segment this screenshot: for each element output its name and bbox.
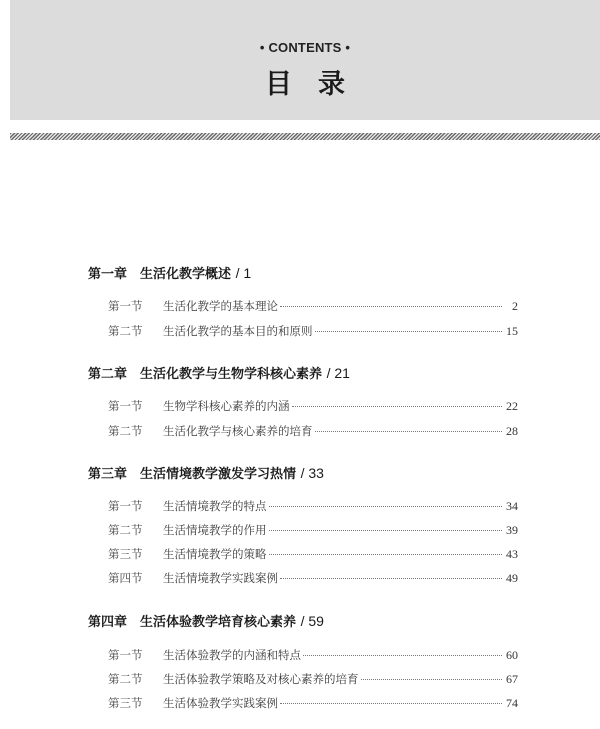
- toc-entry[interactable]: 第二节 生活体验教学策略及对核心素养的培育 67: [108, 671, 518, 689]
- dot-leader: [280, 578, 502, 579]
- section-number: 第三节: [108, 695, 163, 711]
- dot-leader: [269, 554, 503, 555]
- chapter-number: 第四章: [88, 615, 127, 630]
- toc-entry[interactable]: 第二节 生活化教学与核心素养的培育 28: [108, 423, 518, 441]
- section-title: 生活情境教学实践案例: [163, 570, 278, 586]
- contents-label: • CONTENTS •: [10, 40, 600, 55]
- section-number: 第三节: [108, 546, 163, 562]
- section-title: 生活体验教学的内涵和特点: [163, 647, 301, 663]
- dot-leader: [269, 530, 503, 531]
- section-page: 2: [504, 299, 518, 314]
- section-page: 60: [504, 648, 518, 663]
- dot-leader: [303, 655, 502, 656]
- toc-entry[interactable]: 第一节 生活体验教学的内涵和特点 60: [108, 647, 518, 665]
- dot-leader: [292, 406, 503, 407]
- dot-leader: [315, 431, 503, 432]
- section-number: 第四节: [108, 570, 163, 586]
- chapter-title: 生活化教学与生物学科核心素养: [140, 367, 322, 382]
- dot-leader: [315, 331, 503, 332]
- section-page: 67: [504, 672, 518, 687]
- chapter-page: / 33: [301, 465, 324, 481]
- section-title: 生活体验教学策略及对核心素养的培育: [163, 671, 359, 687]
- toc-entry[interactable]: 第三节 生活情境教学的策略 43: [108, 546, 518, 564]
- section-page: 15: [504, 324, 518, 339]
- hatched-divider: [10, 133, 600, 140]
- section-number: 第二节: [108, 522, 163, 538]
- toc-entry[interactable]: 第四节 生活情境教学实践案例 49: [108, 570, 518, 588]
- dot-leader: [269, 506, 503, 507]
- section-page: 39: [504, 523, 518, 538]
- section-page: 34: [504, 499, 518, 514]
- section-page: 74: [504, 696, 518, 711]
- section-title: 生物学科核心素养的内涵: [163, 398, 290, 414]
- page-title: 目录: [10, 62, 600, 101]
- chapter-page: / 59: [301, 613, 324, 629]
- toc-entry[interactable]: 第二节 生活化教学的基本目的和原则 15: [108, 323, 518, 341]
- section-title: 生活情境教学的策略: [163, 546, 267, 562]
- toc-entry[interactable]: 第一节 生物学科核心素养的内涵 22: [108, 398, 518, 416]
- section-number: 第二节: [108, 323, 163, 339]
- chapter-heading[interactable]: 第三章生活情境教学激发学习热情 / 33: [88, 463, 324, 482]
- section-title: 生活化教学的基本理论: [163, 298, 278, 314]
- section-number: 第一节: [108, 647, 163, 663]
- page-header: • CONTENTS • 目录: [10, 0, 600, 120]
- section-title: 生活化教学的基本目的和原则: [163, 323, 313, 339]
- toc-entry[interactable]: 第一节 生活化教学的基本理论 2: [108, 298, 518, 316]
- section-title: 生活体验教学实践案例: [163, 695, 278, 711]
- dot-leader: [280, 703, 502, 704]
- chapter-heading[interactable]: 第一章生活化教学概述 / 1: [88, 263, 251, 282]
- dot-leader: [361, 679, 503, 680]
- section-title: 生活情境教学的特点: [163, 498, 267, 514]
- chapter-page: / 21: [327, 365, 350, 381]
- chapter-page: / 1: [236, 265, 252, 281]
- section-number: 第二节: [108, 671, 163, 687]
- chapter-heading[interactable]: 第四章生活体验教学培育核心素养 / 59: [88, 611, 324, 630]
- toc-entry[interactable]: 第一节 生活情境教学的特点 34: [108, 498, 518, 516]
- section-title: 生活情境教学的作用: [163, 522, 267, 538]
- chapter-number: 第一章: [88, 267, 127, 282]
- chapter-number: 第二章: [88, 367, 127, 382]
- section-page: 22: [504, 399, 518, 414]
- chapter-number: 第三章: [88, 467, 127, 482]
- section-page: 43: [504, 547, 518, 562]
- chapter-title: 生活情境教学激发学习热情: [140, 467, 296, 482]
- section-page: 49: [504, 571, 518, 586]
- section-title: 生活化教学与核心素养的培育: [163, 423, 313, 439]
- chapter-heading[interactable]: 第二章生活化教学与生物学科核心素养 / 21: [88, 363, 350, 382]
- chapter-title: 生活体验教学培育核心素养: [140, 615, 296, 630]
- dot-leader: [280, 306, 502, 307]
- section-number: 第一节: [108, 498, 163, 514]
- toc-entry[interactable]: 第二节 生活情境教学的作用 39: [108, 522, 518, 540]
- chapter-title: 生活化教学概述: [140, 267, 231, 282]
- toc-entry[interactable]: 第三节 生活体验教学实践案例 74: [108, 695, 518, 713]
- section-page: 28: [504, 424, 518, 439]
- section-number: 第一节: [108, 298, 163, 314]
- section-number: 第一节: [108, 398, 163, 414]
- section-number: 第二节: [108, 423, 163, 439]
